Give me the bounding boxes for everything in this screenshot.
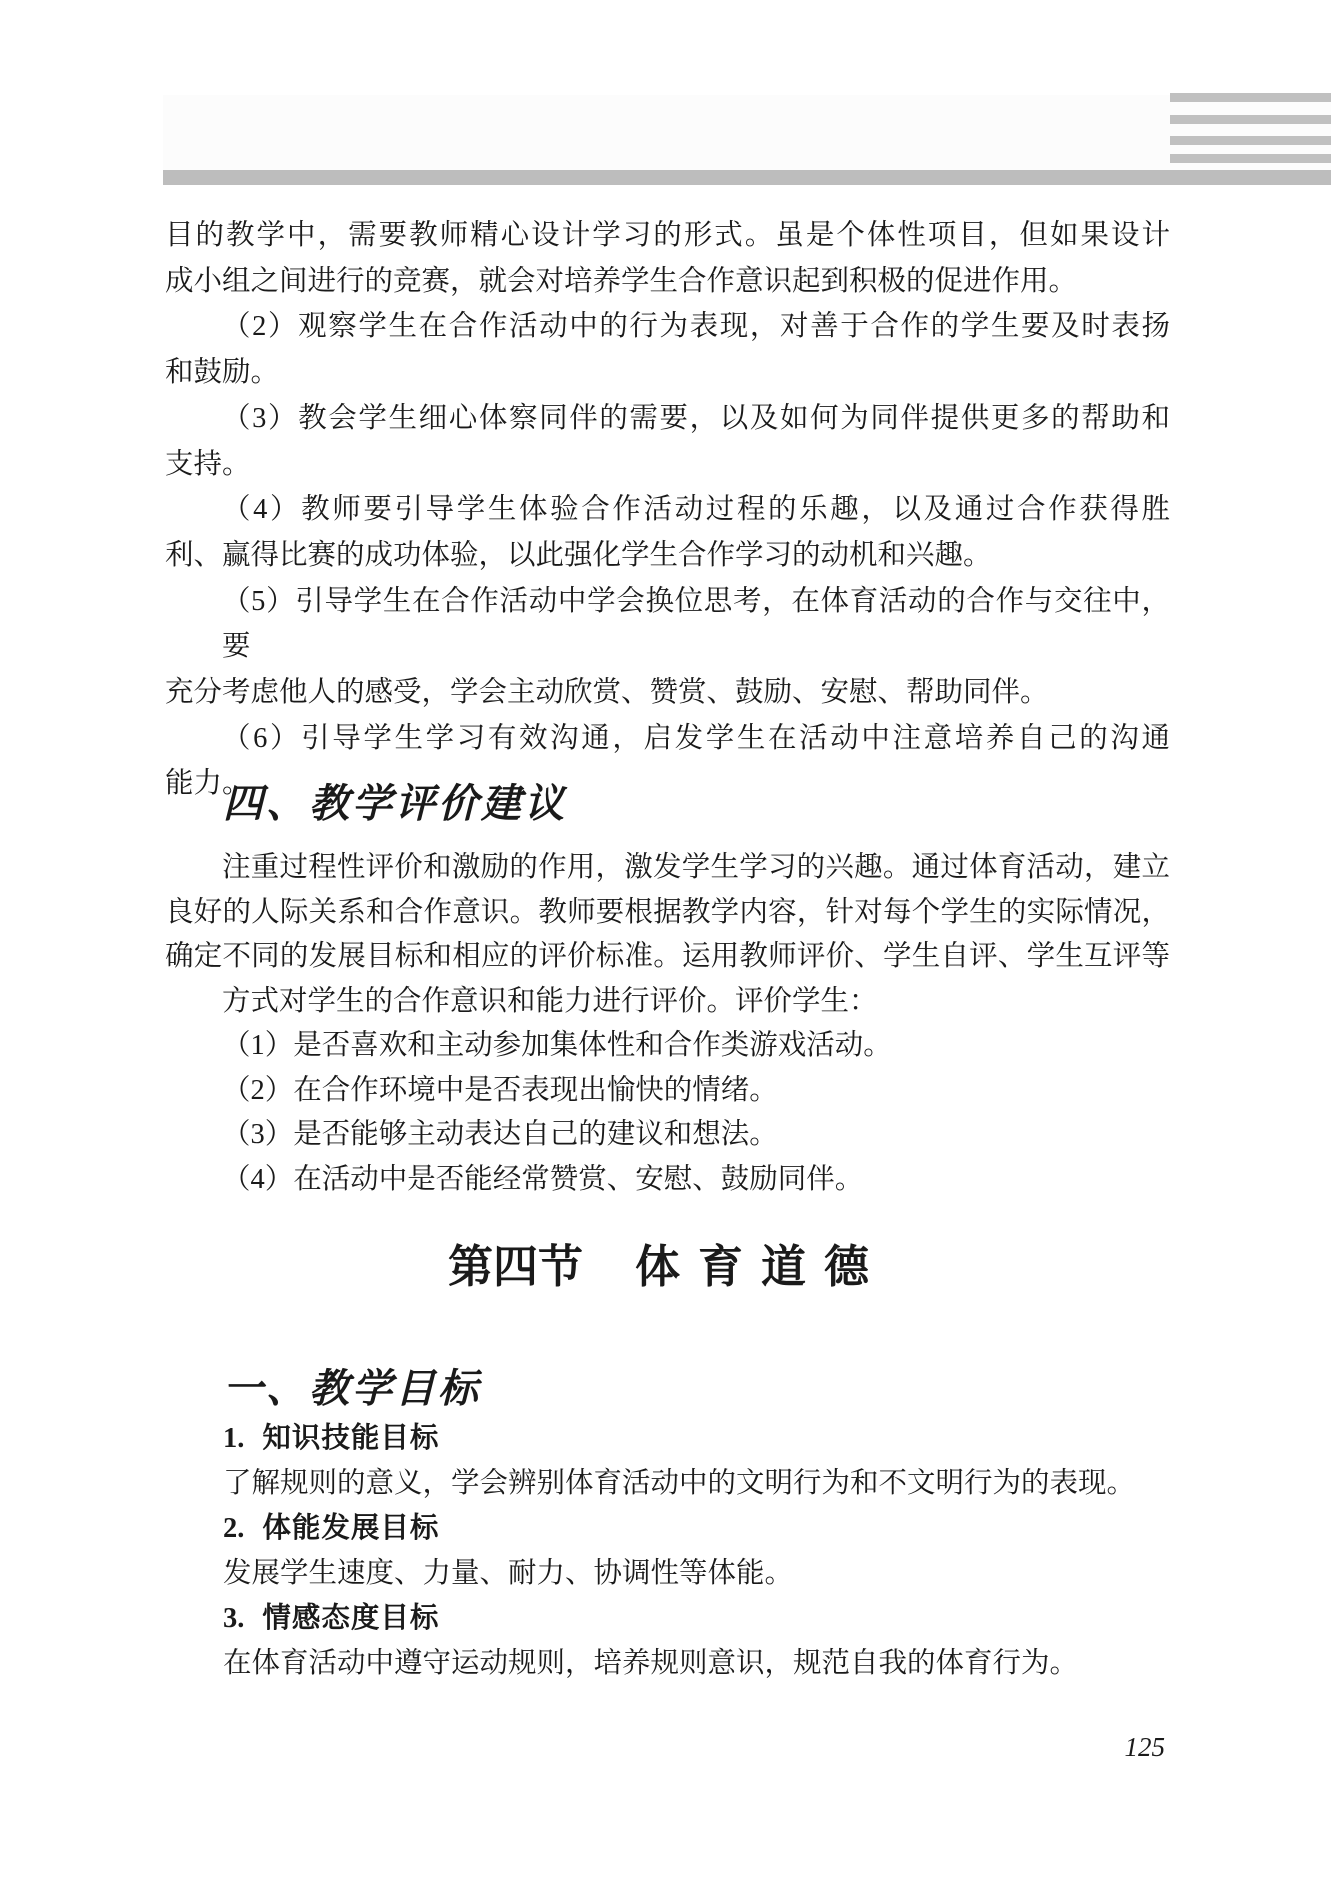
- text-line: 确定不同的发展目标和相应的评价标准。运用教师评价、学生自评、学生互评等: [165, 935, 1170, 980]
- section-name: 体育道德: [635, 1242, 887, 1292]
- text-line: 成小组之间进行的竞赛，就会对培养学生合作意识起到积极的促进作用。: [165, 259, 1170, 305]
- text-line: （4）教师要引导学生体验合作活动过程的乐趣，以及通过合作获得胜: [165, 487, 1170, 533]
- header-stripe-1: [1170, 93, 1331, 102]
- text-line: 利、赢得比赛的成功体验，以此强化学生合作学习的动机和兴趣。: [165, 533, 1170, 579]
- list-item: （2）在合作环境中是否表现出愉快的情绪。: [165, 1069, 1170, 1114]
- goal-item-body: 了解规则的意义，学会辨别体育活动中的文明行为和不文明行为的表现。: [223, 1462, 1170, 1507]
- goal-number: 1.: [223, 1423, 244, 1454]
- list-item: （1）是否喜欢和主动参加集体性和合作类游戏活动。: [165, 1024, 1170, 1069]
- goal-item-heading: 3.情感态度目标: [223, 1596, 1170, 1642]
- goal-item-heading: 2.体能发展目标: [223, 1506, 1170, 1552]
- text-line: （5）引导学生在合作活动中学会换位思考，在体育活动的合作与交往中，要: [165, 579, 1170, 670]
- body-text-block-1: 目的教学中，需要教师精心设计学习的形式。虽是个体性项目，但如果设计 成小组之间进…: [165, 213, 1170, 807]
- header-stripe-3: [1170, 136, 1331, 145]
- text-line: （3）教会学生细心体察同伴的需要，以及如何为同伴提供更多的帮助和: [165, 396, 1170, 442]
- text-line: （6）引导学生学习有效沟通，启发学生在活动中注意培养自己的沟通: [165, 716, 1170, 762]
- header-rule-bar: [163, 170, 1331, 185]
- teaching-goals-heading: 一、教学目标: [223, 1357, 481, 1414]
- header-stripe-4: [1170, 154, 1331, 163]
- goal-number: 3.: [223, 1603, 244, 1634]
- goal-title: 情感态度目标: [262, 1602, 439, 1634]
- text-line: 支持。: [165, 442, 1170, 488]
- section-title: 第四节体育道德: [165, 1230, 1170, 1295]
- header-stripe-2: [1170, 115, 1331, 124]
- section-number: 第四节: [448, 1242, 583, 1292]
- text-line: 充分考虑他人的感受，学会主动欣赏、赞赏、鼓励、安慰、帮助同伴。: [165, 670, 1170, 716]
- evaluation-heading: 四、教学评价建议: [223, 772, 567, 829]
- goals-block: 1.知识技能目标 了解规则的意义，学会辨别体育活动中的文明行为和不文明行为的表现…: [223, 1416, 1170, 1686]
- header-accent-band: [163, 95, 1331, 170]
- text-line: 注重过程性评价和激励的作用，激发学生学习的兴趣。通过体育活动，建立: [165, 846, 1170, 891]
- text-line: 和鼓励。: [165, 350, 1170, 396]
- body-text-block-2: 注重过程性评价和激励的作用，激发学生学习的兴趣。通过体育活动，建立 良好的人际关…: [165, 846, 1170, 1202]
- goal-title: 体能发展目标: [262, 1512, 439, 1544]
- text-line: （2）观察学生在合作活动中的行为表现，对善于合作的学生要及时表扬: [165, 304, 1170, 350]
- goal-item-body: 在体育活动中遵守运动规则，培养规则意识，规范自我的体育行为。: [223, 1642, 1170, 1687]
- list-item: （3）是否能够主动表达自己的建议和想法。: [165, 1113, 1170, 1158]
- text-line: 方式对学生的合作意识和能力进行评价。评价学生：: [165, 980, 1170, 1025]
- page: 目的教学中，需要教师精心设计学习的形式。虽是个体性项目，但如果设计 成小组之间进…: [0, 0, 1331, 1884]
- list-item: （4）在活动中是否能经常赞赏、安慰、鼓励同伴。: [165, 1158, 1170, 1203]
- goal-number: 2.: [223, 1513, 244, 1544]
- page-number: 125: [1125, 1732, 1166, 1763]
- goal-item-body: 发展学生速度、力量、耐力、协调性等体能。: [223, 1552, 1170, 1597]
- text-line: 良好的人际关系和合作意识。教师要根据教学内容，针对每个学生的实际情况，: [165, 891, 1170, 936]
- goal-title: 知识技能目标: [262, 1422, 439, 1454]
- goal-item-heading: 1.知识技能目标: [223, 1416, 1170, 1462]
- text-line: 目的教学中，需要教师精心设计学习的形式。虽是个体性项目，但如果设计: [165, 213, 1170, 259]
